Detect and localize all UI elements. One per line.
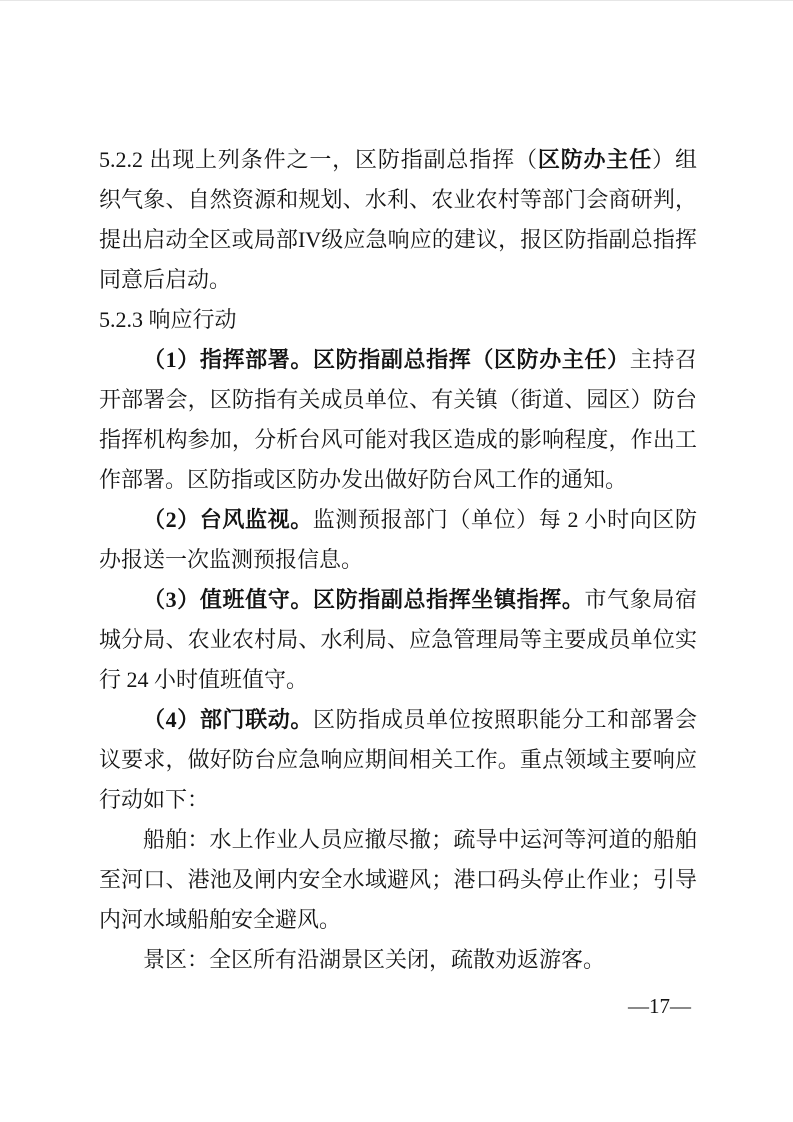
- text-run: 5.2.2 出现上列条件之一，区防指副总指挥（: [99, 147, 538, 172]
- paragraph-item-4-department-coordination: （4）部门联动。区防指成员单位按照职能分工和部署会议要求，做好防台应急响应期间相…: [99, 700, 697, 820]
- paragraph-clause-5-2-3: 5.2.3 响应行动: [99, 300, 697, 340]
- text-run: 景区：全区所有沿湖景区关闭，疏散劝返游客。: [143, 947, 605, 972]
- text-run: 5.2.3 响应行动: [99, 307, 237, 332]
- page-number: —17—: [628, 994, 691, 1018]
- document-body: 5.2.2 出现上列条件之一，区防指副总指挥（区防办主任）组织气象、自然资源和规…: [99, 140, 697, 980]
- text-run-bold: （3）值班值守。区防指副总指挥坐镇指挥。: [143, 587, 584, 612]
- text-run-bold: （2）台风监视。: [143, 507, 313, 532]
- text-run-bold: （1）指挥部署。区防指副总指挥（区防办主任）: [143, 347, 630, 372]
- paragraph-item-1-command-deployment: （1）指挥部署。区防指副总指挥（区防办主任）主持召开部署会，区防指有关成员单位、…: [99, 340, 697, 500]
- paragraph-item-3-duty-watch: （3）值班值守。区防指副总指挥坐镇指挥。市气象局宿城分局、农业农村局、水利局、应…: [99, 580, 697, 700]
- paragraph-item-2-typhoon-monitoring: （2）台风监视。监测预报部门（单位）每 2 小时向区防办报送一次监测预报信息。: [99, 500, 697, 580]
- text-run-bold: （4）部门联动。: [143, 707, 313, 732]
- page-footer: —17—: [628, 991, 691, 1021]
- paragraph-clause-5-2-2: 5.2.2 出现上列条件之一，区防指副总指挥（区防办主任）组织气象、自然资源和规…: [99, 140, 697, 300]
- text-run-bold: 区防办主任: [538, 147, 652, 172]
- document-page: 5.2.2 出现上列条件之一，区防指副总指挥（区防办主任）组织气象、自然资源和规…: [0, 0, 793, 1122]
- text-run: 船舶：水上作业人员应撤尽撤；疏导中运河等河道的船舶至河口、港池及闸内安全水域避风…: [99, 827, 697, 932]
- paragraph-field-ships: 船舶：水上作业人员应撤尽撤；疏导中运河等河道的船舶至河口、港池及闸内安全水域避风…: [99, 820, 697, 940]
- paragraph-field-scenic-areas: 景区：全区所有沿湖景区关闭，疏散劝返游客。: [99, 940, 697, 980]
